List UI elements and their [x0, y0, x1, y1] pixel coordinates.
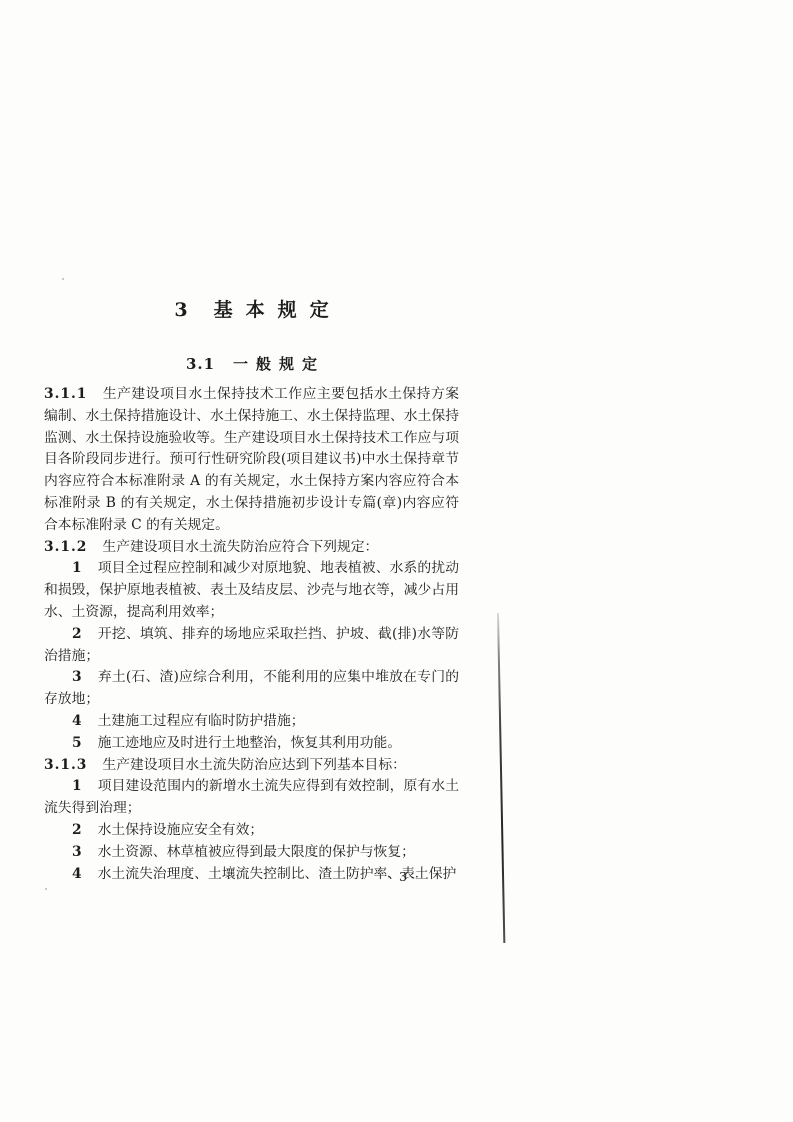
- item-text: 水土资源、林草植被应得到最大限度的保护与恢复；: [98, 844, 415, 860]
- clause-3-1-3: 3.1.3生产建设项目水土流失防治应达到下列基本目标：: [44, 755, 459, 777]
- clause-number: 3.1.3: [44, 757, 87, 773]
- scan-speck: [45, 888, 47, 890]
- item-number: 4: [72, 713, 82, 729]
- scan-speck: [62, 278, 64, 280]
- item-text: 水土保持设施应安全有效；: [98, 822, 264, 838]
- section-title: 一般规定: [233, 355, 325, 373]
- item-text: 土建施工过程应有临时防护措施；: [98, 713, 305, 729]
- item-number: 1: [72, 560, 82, 576]
- list-item-3-1-3-2: 2水土保持设施应安全有效；: [44, 820, 459, 842]
- item-number: 5: [72, 735, 82, 751]
- item-number: 4: [72, 866, 82, 882]
- scan-artifact-line: [497, 613, 505, 943]
- item-number: 3: [72, 844, 82, 860]
- clause-3-1-1: 3.1.1生产建设项目水土保持技术工作应主要包括水土保持方案编制、水土保持措施设…: [44, 384, 459, 537]
- item-text: 项目建设范围内的新增水土流失应得到有效控制，原有水土流失得到治理；: [44, 778, 459, 816]
- item-number: 2: [72, 626, 82, 642]
- list-item-3-1-3-3: 3水土资源、林草植被应得到最大限度的保护与恢复；: [44, 842, 459, 864]
- clause-text: 生产建设项目水土保持技术工作应主要包括水土保持方案编制、水土保持措施设计、水土保…: [44, 386, 459, 533]
- chapter-heading: 3基本规定: [44, 299, 459, 322]
- list-item-3-1-2-1: 1项目全过程应控制和减少对原地貌、地表植被、水系的扰动和损毁，保护原地表植被、表…: [44, 558, 459, 623]
- section-number: 3.1: [186, 355, 215, 373]
- item-number: 1: [72, 778, 82, 794]
- item-number: 2: [72, 822, 82, 838]
- item-text: 弃土(石、渣)应综合利用，不能利用的应集中堆放在专门的存放地；: [44, 669, 459, 707]
- chapter-title: 基本规定: [214, 299, 342, 321]
- list-item-3-1-2-4: 4土建施工过程应有临时防护措施；: [44, 711, 459, 733]
- list-item-3-1-2-5: 5施工迹地应及时进行土地整治，恢复其利用功能。: [44, 733, 459, 755]
- item-number: 3: [72, 669, 82, 685]
- item-text: 施工迹地应及时进行土地整治，恢复其利用功能。: [98, 735, 402, 751]
- list-item-3-1-3-1: 1项目建设范围内的新增水土流失应得到有效控制，原有水土流失得到治理；: [44, 776, 459, 820]
- list-item-3-1-2-3: 3弃土(石、渣)应综合利用，不能利用的应集中堆放在专门的存放地；: [44, 667, 459, 711]
- clause-text: 生产建设项目水土流失防治应达到下列基本目标：: [102, 757, 406, 773]
- page-content: 3基本规定 3.1一般规定 3.1.1生产建设项目水土保持技术工作应主要包括水土…: [44, 299, 459, 885]
- page-number: · 3 ·: [387, 869, 421, 884]
- item-text: 开挖、填筑、排弃的场地应采取拦挡、护坡、截(排)水等防治措施；: [44, 626, 459, 664]
- item-text: 项目全过程应控制和减少对原地貌、地表植被、水系的扰动和损毁，保护原地表植被、表土…: [44, 560, 459, 620]
- clause-number: 3.1.1: [44, 386, 87, 402]
- clause-text: 生产建设项目水土流失防治应符合下列规定：: [102, 539, 378, 555]
- clause-number: 3.1.2: [44, 539, 87, 555]
- chapter-number: 3: [174, 299, 187, 321]
- clause-3-1-2: 3.1.2生产建设项目水土流失防治应符合下列规定：: [44, 537, 459, 559]
- list-item-3-1-2-2: 2开挖、填筑、排弃的场地应采取拦挡、护坡、截(排)水等防治措施；: [44, 624, 459, 668]
- document-page: 3基本规定 3.1一般规定 3.1.1生产建设项目水土保持技术工作应主要包括水土…: [0, 0, 793, 1122]
- section-heading: 3.1一般规定: [44, 356, 459, 373]
